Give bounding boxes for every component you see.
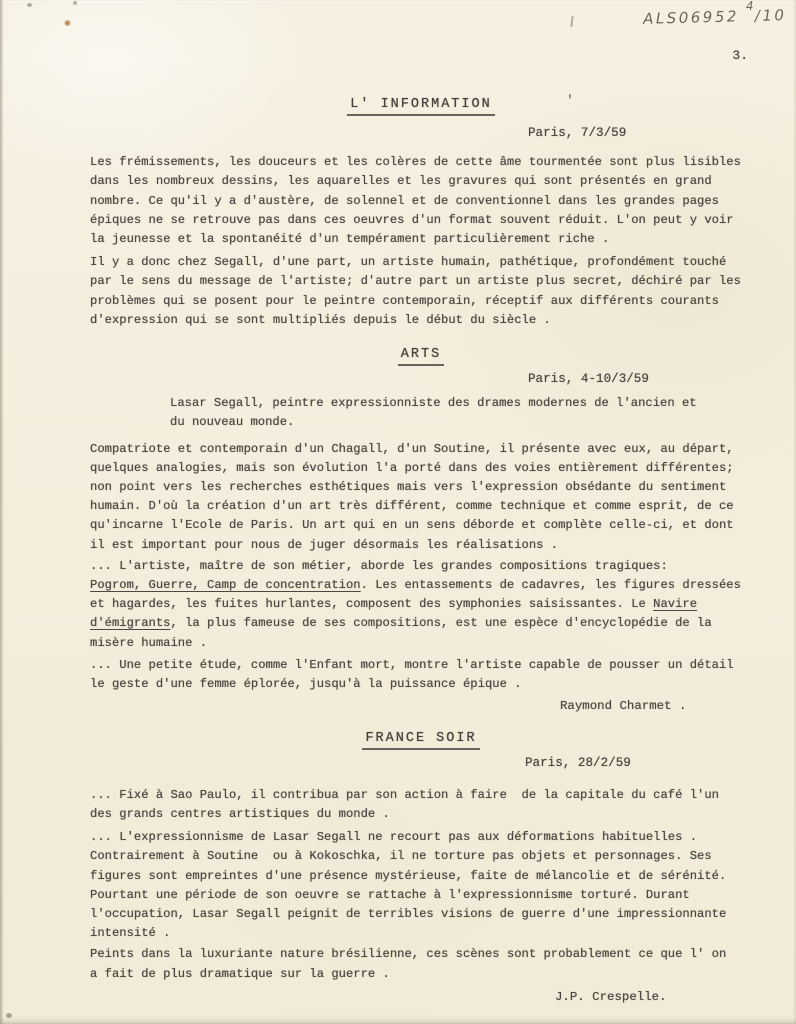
text-line: par le sens du message de l'artiste; d'a… xyxy=(90,272,752,291)
text-line: figures sont empreintes d'une présence m… xyxy=(90,867,752,886)
heading-arts: ARTS xyxy=(398,347,444,366)
text-line: d'expression qui se sont multipliés depu… xyxy=(90,311,752,330)
paragraph-france-soir-1: ... Fixé à Sao Paulo, il contribua par s… xyxy=(90,786,752,824)
paragraph-arts-3: ... Une petite étude, comme l'Enfant mor… xyxy=(90,656,752,694)
text-line: non point vers les recherches esthétique… xyxy=(90,478,752,497)
paragraph-france-soir-2: ... L'expressionnisme de Lasar Segall ne… xyxy=(90,828,752,943)
text-line: ... Une petite étude, comme l'Enfant mor… xyxy=(90,656,752,675)
text-line: misère humaine . xyxy=(90,634,752,653)
text-line: et hagardes, les fuites hurlantes, compo… xyxy=(90,595,752,614)
text-line: quelques analogies, mais son évolution l… xyxy=(90,459,752,478)
document-body: L' INFORMATION Paris, 7/3/59 Les frémiss… xyxy=(90,0,752,1007)
section-france-soir: FRANCE SOIR xyxy=(90,728,752,750)
paragraph-arts-lead: Lasar Segall, peintre expressionniste de… xyxy=(90,394,752,432)
text-line: d'émigrants, la plus fameuse de ses comp… xyxy=(90,614,752,633)
document-page: ALS06952 4/10 3. ' L' INFORMATION Paris,… xyxy=(0,0,796,1024)
paragraph-info-1: Les frémissements, les douceurs et les c… xyxy=(90,153,752,249)
text-line: la jeunesse et la spontanéité d'un tempé… xyxy=(90,230,752,249)
text-line: humain. D'où la création d'un art très d… xyxy=(90,497,752,516)
text-line: intensité . xyxy=(90,924,752,943)
text-line: nombre. Ce qu'il y a d'austère, de solen… xyxy=(90,192,752,211)
foxing-spot xyxy=(64,20,71,26)
text-line: Pogrom, Guerre, Camp de concentration. L… xyxy=(90,576,752,595)
corner-speck xyxy=(6,1013,12,1018)
dateline-france-soir: Paris, 28/2/59 xyxy=(90,754,752,773)
text-line: ... Fixé à Sao Paulo, il contribua par s… xyxy=(90,786,752,805)
text-line: Il y a donc chez Segall, d'une part, un … xyxy=(90,253,752,272)
signature-jp-crespelle: J.P. Crespelle. xyxy=(90,988,752,1007)
section-l-information: L' INFORMATION xyxy=(90,94,752,116)
text-line: ... L'expressionnisme de Lasar Segall ne… xyxy=(90,828,752,847)
dateline-l-information: Paris, 7/3/59 xyxy=(90,124,752,143)
text-line: Pourtant une période de son oeuvre se ra… xyxy=(90,886,752,905)
text-line: dans les nombreux dessins, les aquarelle… xyxy=(90,172,752,191)
text-line: l'occupation, Lasar Segall peignit de te… xyxy=(90,905,752,924)
text-line: le geste d'une femme éplorée, jusqu'à la… xyxy=(90,675,752,694)
heading-l-information: L' INFORMATION xyxy=(347,97,494,116)
text-line: Compatriote et contemporain d'un Chagall… xyxy=(90,440,752,459)
text-line: Peints dans la luxuriante nature brésili… xyxy=(90,945,752,964)
text-line: ... L'artiste, maître de son métier, abo… xyxy=(90,557,752,576)
section-arts: ARTS xyxy=(90,344,752,366)
paragraph-france-soir-3: Peints dans la luxuriante nature brésili… xyxy=(90,945,752,983)
signature-raymond-charmet: Raymond Charmet . xyxy=(90,697,752,716)
text-line: il est important pour nous de juger déso… xyxy=(90,536,752,555)
heading-france-soir: FRANCE SOIR xyxy=(362,731,479,750)
text-line: des grands centres artistiques du monde … xyxy=(90,805,752,824)
text-line: Contrairement à Soutine ou à Kokoschka, … xyxy=(90,847,752,866)
text-line: a fait de plus dramatique sur la guerre … xyxy=(90,965,752,984)
text-line: du nouveau monde. xyxy=(170,413,752,432)
text-line: Les frémissements, les douceurs et les c… xyxy=(90,153,752,172)
text-line: Lasar Segall, peintre expressionniste de… xyxy=(170,394,752,413)
edge-speck xyxy=(73,1,77,5)
paragraph-arts-2: ... L'artiste, maître de son métier, abo… xyxy=(90,557,752,653)
edge-speck xyxy=(27,3,32,7)
archive-code-fraction-denominator: /10 xyxy=(754,6,786,25)
text-line: épiques ne se retrouve pas dans ces oeuv… xyxy=(90,211,752,230)
text-line: qu'incarne l'Ecole de Paris. Un art qui … xyxy=(90,516,752,535)
dateline-arts: Paris, 4-10/3/59 xyxy=(90,370,752,389)
paragraph-arts-1: Compatriote et contemporain d'un Chagall… xyxy=(90,440,752,555)
paragraph-info-2: Il y a donc chez Segall, d'une part, un … xyxy=(90,253,752,330)
text-line: problèmes qui se posent pour le peintre … xyxy=(90,292,752,311)
